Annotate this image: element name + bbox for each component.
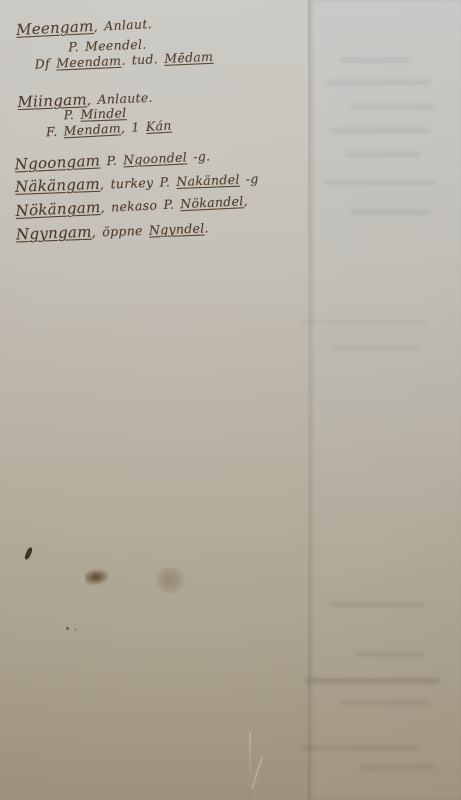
manuscript-line: Nökängam, nekaso P. Nökandel, — [15, 191, 248, 220]
handwritten-word: Kán — [146, 118, 173, 134]
handwritten-text: , — [243, 193, 248, 208]
handwritten-text: , nekaso P. — [100, 196, 180, 215]
handwritten-text: . tud. — [121, 51, 165, 68]
handwritten-text: -g — [239, 171, 259, 187]
manuscript-line: Ngoongam P. Ngoondel -g. — [14, 146, 210, 173]
handwritten-text: F. — [46, 123, 64, 139]
ink-stain — [24, 547, 34, 561]
handwritten-word: Nökandel — [180, 193, 244, 211]
ink-stain — [84, 567, 110, 586]
handwritten-word: Ngoondel — [123, 149, 187, 167]
handwritten-word: Näkängam — [15, 175, 101, 196]
handwritten-text: Df — [34, 56, 56, 72]
second-sheet-edge — [310, 0, 461, 800]
handwritten-notes: Meengam, Anlaut. P. Meendel. Df Meendam.… — [0, 0, 322, 263]
paper-crease — [251, 757, 263, 790]
handwritten-word: Ngyngam — [16, 223, 92, 244]
handwritten-word: Mendam — [63, 120, 121, 138]
handwritten-text: P. — [63, 107, 80, 123]
handwritten-word: Nökängam — [15, 198, 101, 220]
handwritten-word: Meendam — [56, 53, 122, 71]
handwritten-word: Mindel — [80, 105, 127, 122]
handwritten-text: , Anlaut. — [93, 16, 152, 34]
manuscript-line: Ngyngam, öppne Ngyndel. — [16, 218, 209, 243]
manuscript-line: Meengam, Anlaut. — [16, 14, 153, 39]
manuscript-page: Meengam, Anlaut. P. Meendel. Df Meendam.… — [0, 0, 461, 800]
handwritten-text: . — [204, 220, 209, 235]
handwritten-word: Meengam — [16, 17, 94, 39]
handwritten-text: , turkey P. — [100, 174, 177, 192]
handwritten-word: Ngoongam — [14, 152, 100, 174]
handwritten-text: , 1 — [120, 119, 146, 135]
handwritten-word: Ngyndel — [149, 221, 205, 238]
paper-crease — [249, 733, 251, 800]
ink-stain — [66, 627, 69, 630]
handwritten-word: Mēdam — [164, 49, 214, 66]
handwritten-word: Nakändel — [176, 172, 240, 189]
manuscript-line: Df Meendam. tud. Mēdam — [34, 49, 213, 72]
handwritten-text: P. — [100, 152, 124, 168]
handwritten-text: -g. — [187, 148, 211, 164]
ink-stain — [156, 568, 184, 594]
handwritten-text: , öppne — [91, 223, 149, 240]
